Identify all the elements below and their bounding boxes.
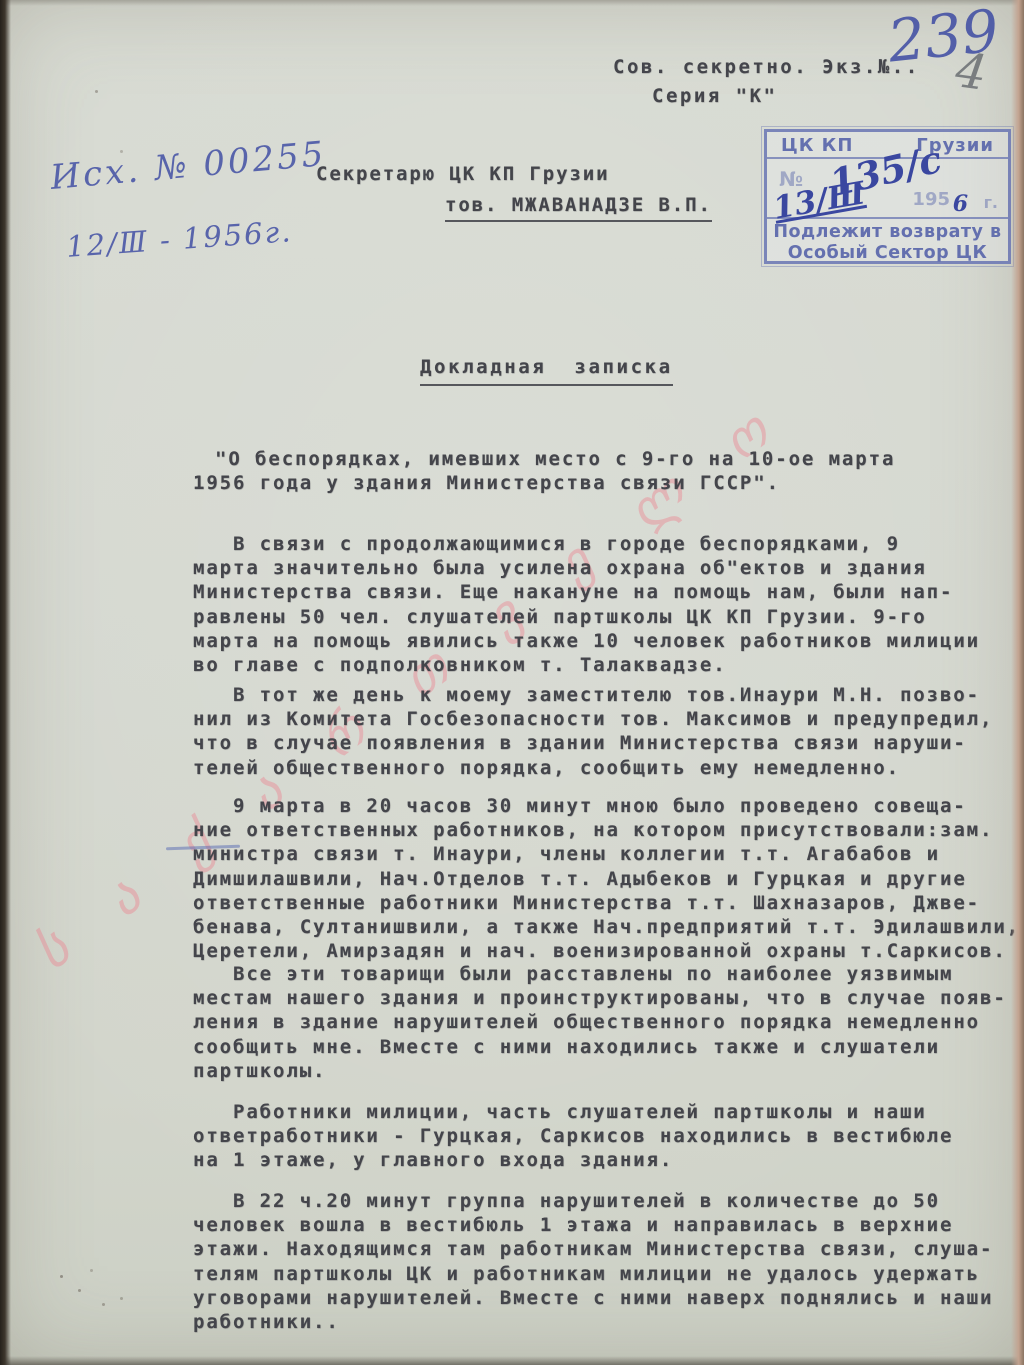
stamp-return-line1: Подлежит возврату в [767,222,1008,243]
page-number-pencil: 4 [952,42,990,102]
stamp-org-left: ЦК КП [781,135,853,156]
scan-edge-left [0,0,11,1365]
paragraph-4: Все эти товарищи были расставлены по наи… [193,962,1024,1083]
document-title: Докладная записка [420,355,673,386]
outgoing-number-handwritten: Исх. № 00255 [49,134,328,198]
paper-specks [60,1275,63,1278]
addressee-line: Секретарю ЦК КП Грузии [316,162,609,186]
paragraph-2: В тот же день к моему заместителю тов.Ин… [193,683,1024,780]
paragraph-5: Работники милиции, часть слушателей парт… [193,1100,1024,1173]
return-stamp: ЦК КП Грузии № 195 6 г. 135/с 13/Ⅲ Подле… [764,129,1011,264]
stamp-year-print: 195 [912,189,950,210]
paragraph-6: В 22 ч.20 минут группа нарушителей в кол… [193,1189,1024,1334]
scan-edge-top [0,0,1024,6]
paragraph-1: В связи с продолжающимися в городе беспо… [193,532,1024,677]
stamp-return-notice: Подлежит возврату в Особый Сектор ЦК [767,217,1008,264]
stamp-year-suffix: г. [984,193,998,212]
paragraph-3: 9 марта в 20 часов 30 минут мною было пр… [193,794,1024,963]
stamp-return-line2: Особый Сектор ЦК [767,243,1008,264]
secrecy-classification-line: Сов. секретно. Экз.№.. [613,55,920,79]
scanned-document-page: საქართველო Сов. секретно. Экз.№.. Серия … [0,0,1024,1365]
scan-edge-bottom [0,1356,1024,1365]
subject-line: "О беспорядках, имевших место с 9-го на … [193,447,1024,495]
series-line: Серия "К" [652,84,777,108]
addressee-name: тов. МЖАВАНАДЗЕ В.П. [445,193,712,222]
scan-edge-right [1011,0,1024,1365]
outgoing-date-handwritten: 12/Ⅲ - 1956г. [65,214,293,264]
stamp-middle-row: № 195 6 г. 135/с 13/Ⅲ [767,159,1008,217]
stamp-year-handwritten: 6 [953,191,968,217]
